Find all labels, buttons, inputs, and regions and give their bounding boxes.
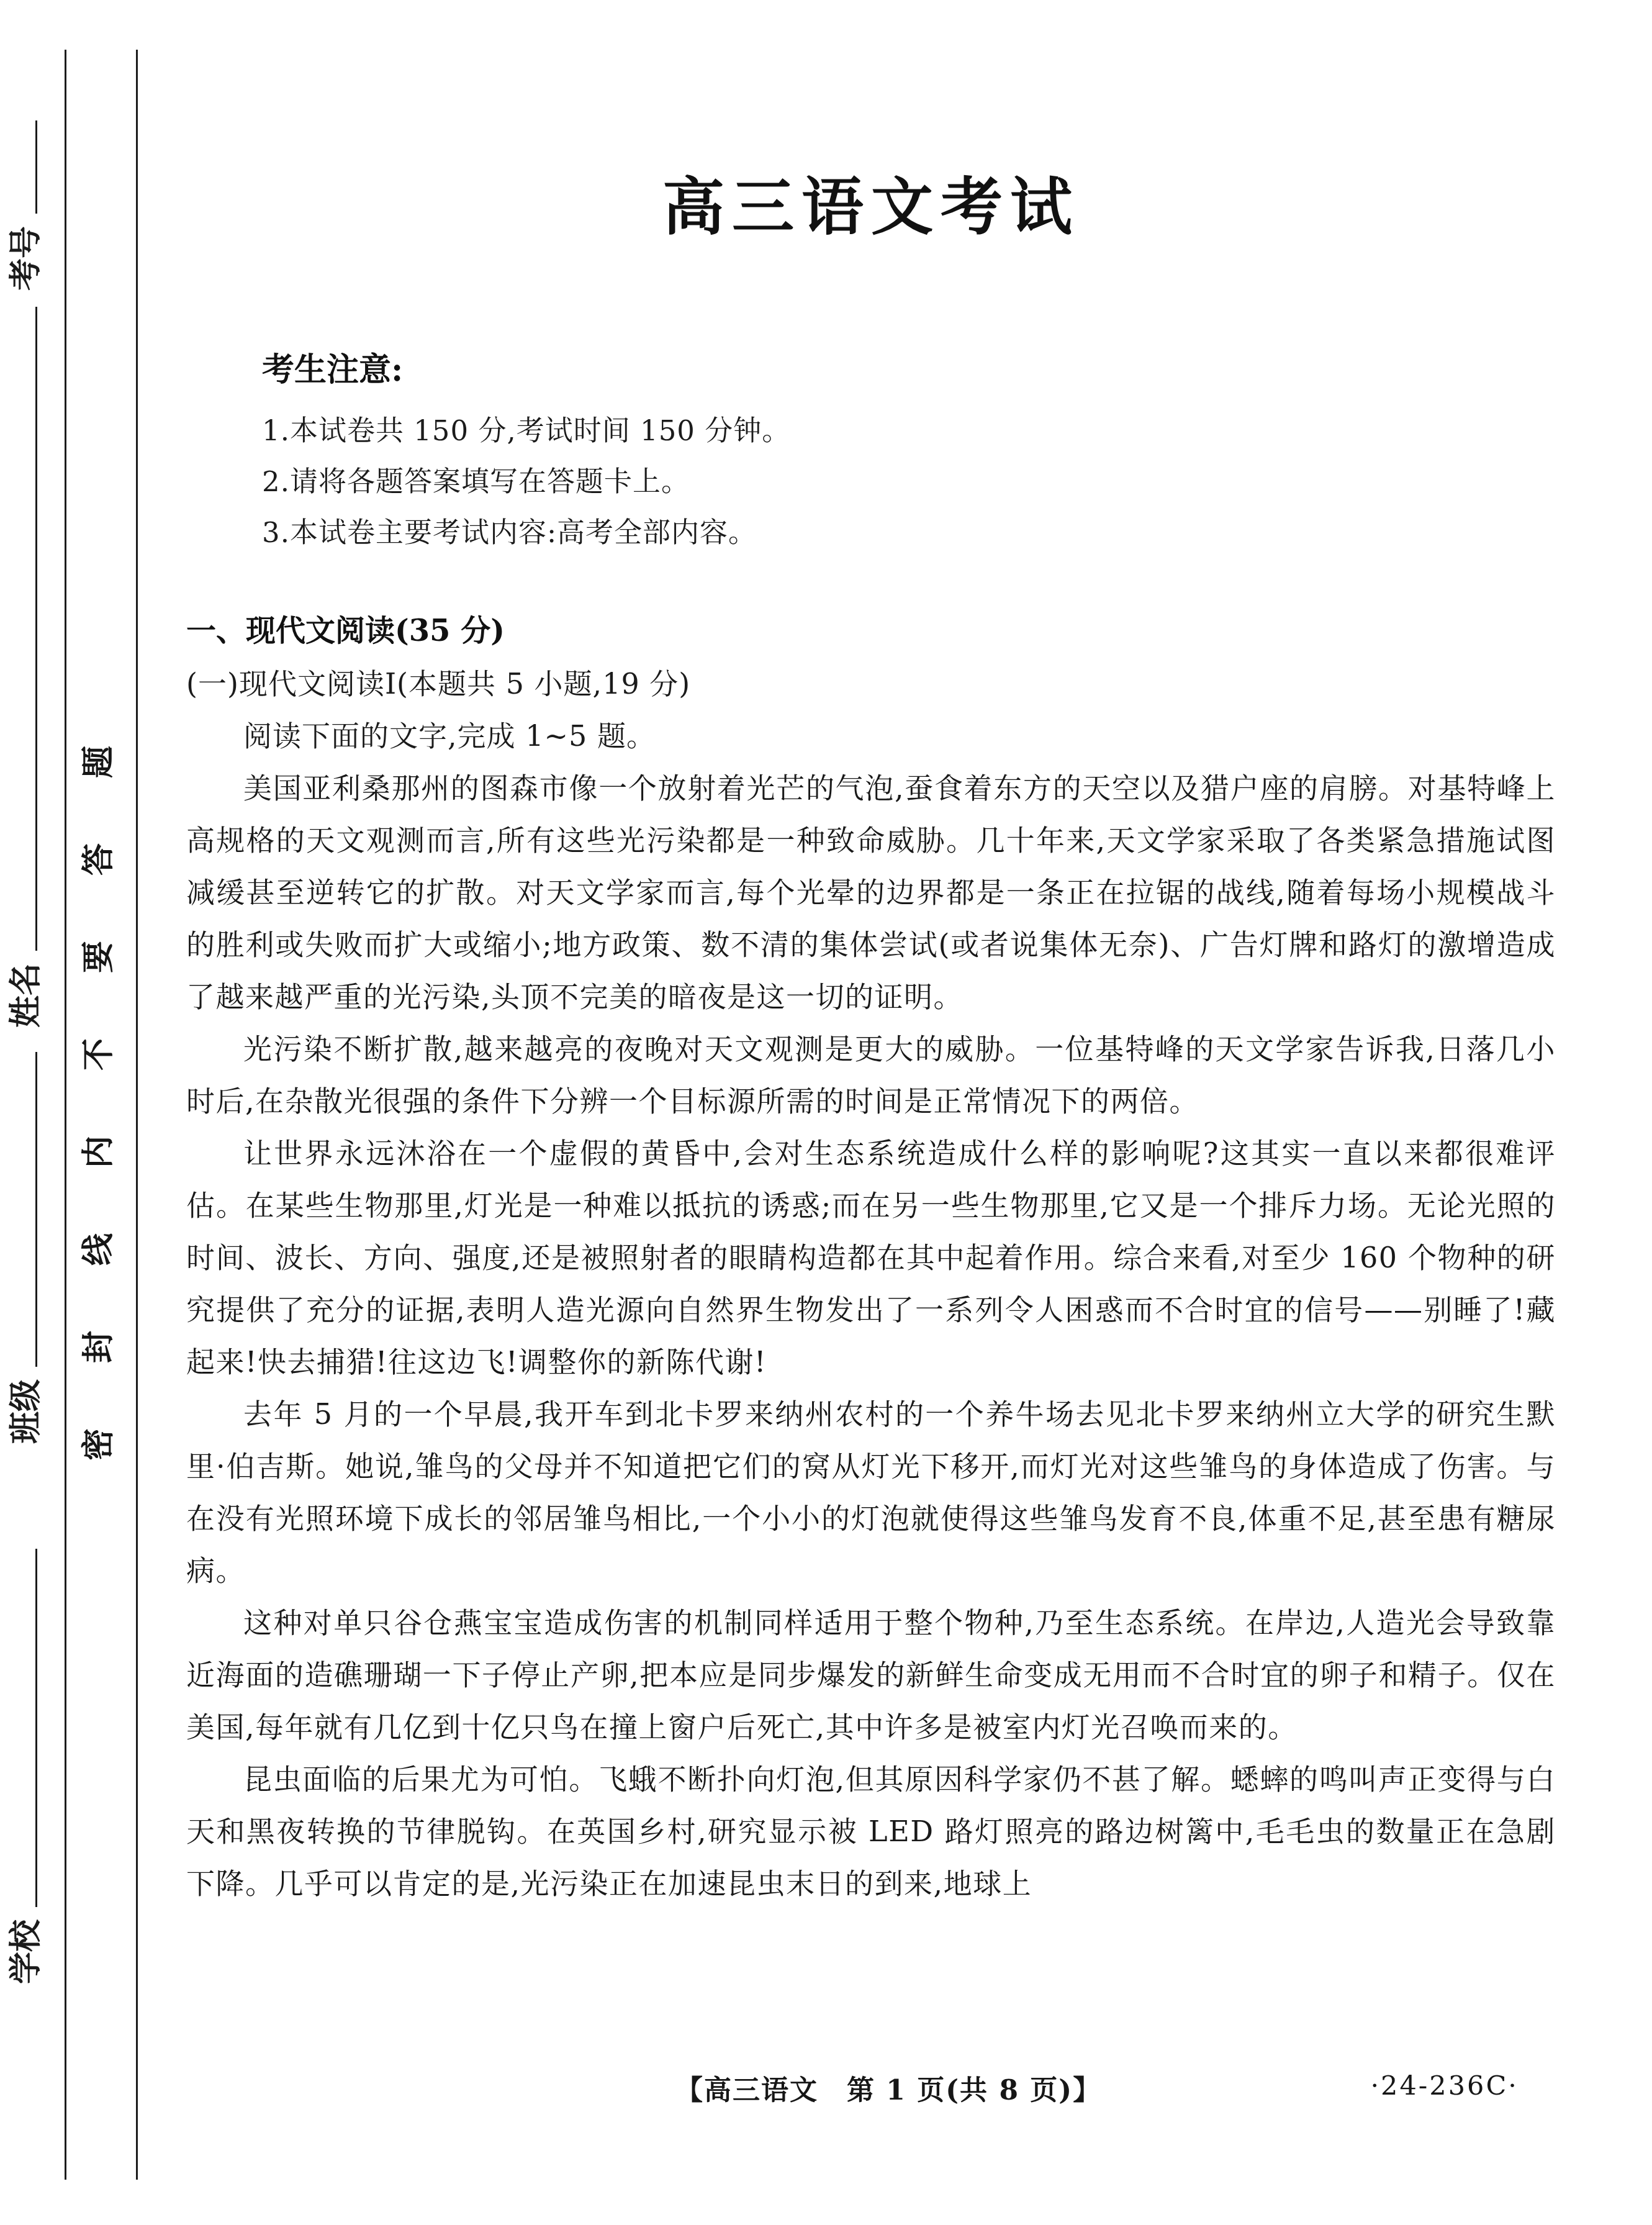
reading-paragraph-4: 去年 5 月的一个早晨,我开车到北卡罗来纳州农村的一个养牛场去见北卡罗来纳州立大… (186, 1388, 1556, 1597)
reading-paragraph-6: 昆虫面临的后果尤为可怕。飞蛾不断扑向灯泡,但其原因科学家仍不甚了解。蟋蟀的鸣叫声… (186, 1753, 1556, 1910)
reading-paragraph-5: 这种对单只谷仓燕宝宝造成伤害的机制同样适用于整个物种,乃至生态系统。在岸边,人造… (186, 1597, 1556, 1753)
subsection-heading-reading-1: (一)现代文阅读Ⅰ(本题共 5 小题,19 分) (186, 658, 1556, 710)
field-class-blank (35, 1052, 37, 1367)
field-class: 班级 (7, 1049, 43, 1444)
reading-paragraph-1: 美国亚利桑那州的图森市像一个放射着光芒的气泡,蚕食着东方的天空以及猎户座的肩膀。… (186, 762, 1556, 1023)
field-exam-number: 考号 (7, 118, 43, 291)
notice-item-3: 3.本试卷主要考试内容:高考全部内容。 (262, 507, 1556, 558)
paper-title: 高三语文考试 (186, 157, 1556, 247)
field-school-label: 学校 (9, 1919, 43, 1984)
field-student-name-label: 姓名 (9, 963, 43, 1028)
reading-paragraph-2: 光污染不断扩散,越来越亮的夜晚对天文观测是更大的威胁。一位基特峰的天文学家告诉我… (186, 1023, 1556, 1127)
footer-paper-code: ·24-236C· (1370, 2070, 1519, 2101)
field-student-name: 姓名 (7, 304, 43, 1028)
seal-warning-text: 密封线内不要答题 (81, 653, 118, 1461)
exam-content: 高三语文考试 考生注意: 1.本试卷共 150 分,考试时间 150 分钟。 2… (186, 0, 1556, 1910)
field-exam-number-blank (35, 120, 37, 214)
seal-line-outer (136, 50, 138, 2180)
notice-item-2: 2.请将各题答案填写在答题卡上。 (262, 456, 1556, 507)
reading-paragraph-3: 让世界永远沐浴在一个虚假的黄昏中,会对生态系统造成什么样的影响呢?这其实一直以来… (186, 1127, 1556, 1388)
seal-line-inner (65, 50, 66, 2180)
reading-instruction: 阅读下面的文字,完成 1~5 题。 (186, 710, 1556, 762)
field-class-label: 班级 (9, 1379, 43, 1444)
candidate-notice: 考生注意: 1.本试卷共 150 分,考试时间 150 分钟。 2.请将各题答案… (262, 351, 1556, 558)
notice-items: 1.本试卷共 150 分,考试时间 150 分钟。 2.请将各题答案填写在答题卡… (262, 406, 1556, 558)
section-heading-modern-reading: 一、现代文阅读(35 分) (186, 604, 1556, 658)
field-student-name-blank (35, 307, 37, 951)
field-school: 学校 (7, 1546, 43, 1984)
notice-heading: 考生注意: (262, 351, 1556, 389)
notice-item-1: 1.本试卷共 150 分,考试时间 150 分钟。 (262, 406, 1556, 456)
field-exam-number-label: 考号 (9, 226, 43, 291)
exam-paper-page: 考号 姓名 班级 学校 密封线内不要答题 高三语文考试 考生注意: 1.本试卷共… (0, 0, 1652, 2225)
field-school-blank (35, 1549, 37, 1907)
footer-page-info: 【高三语文 第 1 页(共 8 页)】 (675, 2068, 1101, 2108)
